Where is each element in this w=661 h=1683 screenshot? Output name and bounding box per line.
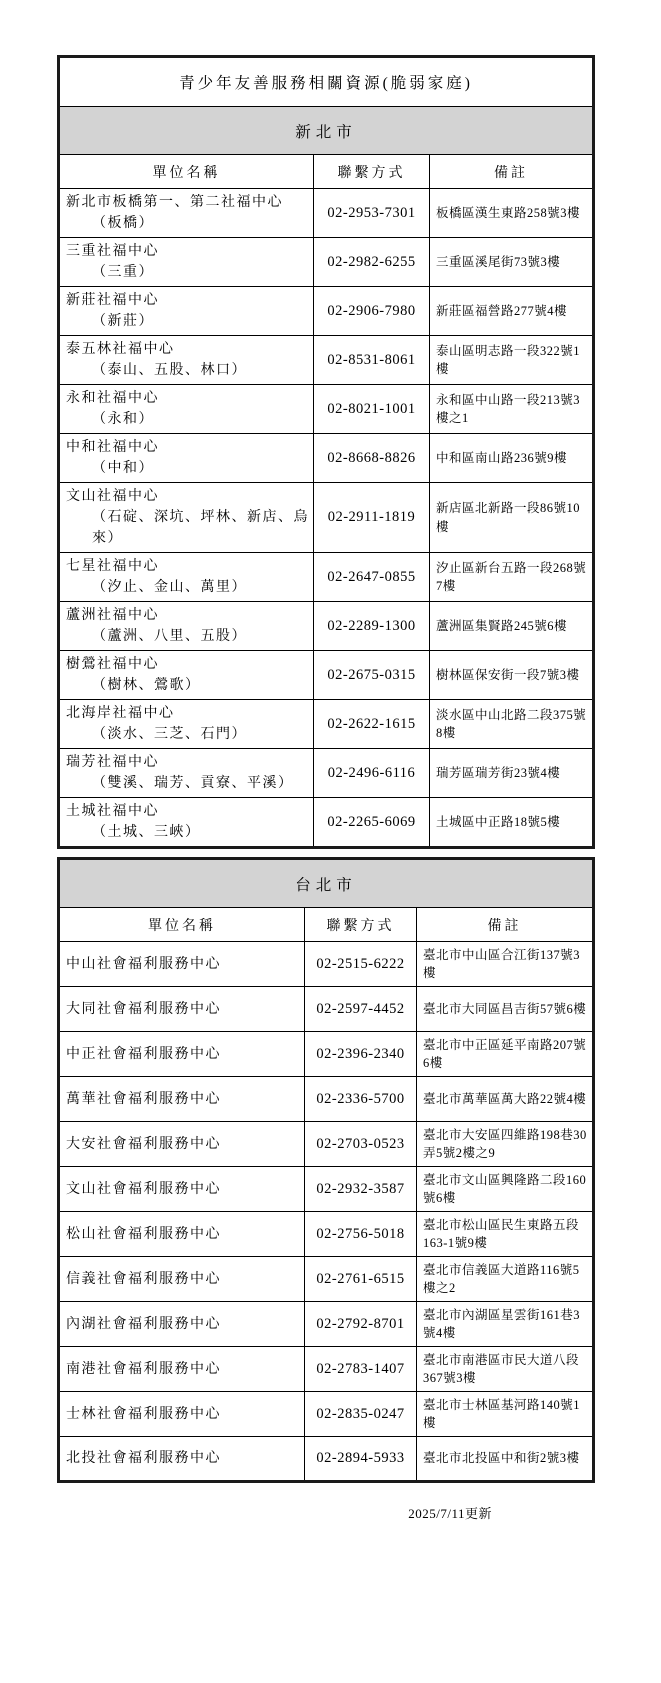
phone-number: 02-2906-7980 (314, 287, 430, 336)
phone-number: 02-2396-2340 (305, 1032, 417, 1077)
unit-branch-areas: （土城、三峽） (66, 822, 309, 843)
unit-branch-areas: （雙溪、瑞芳、貢寮、平溪） (66, 773, 309, 794)
address-note: 臺北市文山區興隆路二段160號6樓 (417, 1167, 594, 1212)
table-row: 大同社會福利服務中心02-2597-4452臺北市大同區昌吉街57號6樓 (59, 987, 594, 1032)
column-header: 聯繫方式 (305, 908, 417, 942)
address-note: 永和區中山路一段213號3樓之1 (430, 385, 594, 434)
unit-name: 中和社福中心 (66, 437, 309, 458)
unit-name-cell: 新北市板橋第一、第二社福中心（板橋） (59, 189, 314, 238)
unit-name: 士林社會福利服務中心 (66, 1404, 300, 1425)
document-page: 青少年友善服務相關資源(脆弱家庭)新北市單位名稱聯繫方式備註新北市板橋第一、第二… (0, 0, 661, 1522)
section-header: 新北市 (59, 107, 594, 155)
unit-name-cell: 文山社福中心（石碇、深坑、坪林、新店、烏來） (59, 483, 314, 553)
unit-branch-areas: （汐止、金山、萬里） (66, 577, 309, 598)
address-note: 瑞芳區瑞芳街23號4樓 (430, 749, 594, 798)
address-note: 臺北市內湖區星雲街161巷3號4樓 (417, 1302, 594, 1347)
unit-name: 松山社會福利服務中心 (66, 1224, 300, 1245)
unit-name-cell: 樹鶯社福中心（樹林、鶯歌） (59, 651, 314, 700)
unit-name: 樹鶯社福中心 (66, 654, 309, 675)
table-row: 七星社福中心（汐止、金山、萬里）02-2647-0855汐止區新台五路一段268… (59, 553, 594, 602)
phone-number: 02-2496-6116 (314, 749, 430, 798)
table-row: 瑞芳社福中心（雙溪、瑞芳、貢寮、平溪）02-2496-6116瑞芳區瑞芳街23號… (59, 749, 594, 798)
phone-number: 02-2783-1407 (305, 1347, 417, 1392)
unit-name: 七星社福中心 (66, 556, 309, 577)
unit-name: 大同社會福利服務中心 (66, 999, 300, 1020)
phone-number: 02-2953-7301 (314, 189, 430, 238)
unit-name-cell: 士林社會福利服務中心 (59, 1392, 305, 1437)
address-note: 臺北市萬華區萬大路22號4樓 (417, 1077, 594, 1122)
phone-number: 02-2894-5933 (305, 1437, 417, 1482)
unit-name-cell: 北投社會福利服務中心 (59, 1437, 305, 1482)
table-row: 北投社會福利服務中心02-2894-5933臺北市北投區中和街2號3樓 (59, 1437, 594, 1482)
section-header: 台北市 (59, 859, 594, 908)
address-note: 汐止區新台五路一段268號7樓 (430, 553, 594, 602)
phone-number: 02-8021-1001 (314, 385, 430, 434)
unit-branch-areas: （新莊） (66, 311, 309, 332)
column-header: 聯繫方式 (314, 155, 430, 189)
column-header: 備註 (417, 908, 594, 942)
table-row: 中和社福中心（中和）02-8668-8826中和區南山路236號9樓 (59, 434, 594, 483)
address-note: 樹林區保安街一段7號3樓 (430, 651, 594, 700)
unit-branch-areas: （永和） (66, 409, 309, 430)
unit-name: 泰五林社福中心 (66, 339, 309, 360)
phone-number: 02-2265-6069 (314, 798, 430, 848)
unit-name: 瑞芳社福中心 (66, 752, 309, 773)
address-note: 三重區溪尾街73號3樓 (430, 238, 594, 287)
address-note: 中和區南山路236號9樓 (430, 434, 594, 483)
unit-name: 信義社會福利服務中心 (66, 1269, 300, 1290)
unit-name-cell: 新莊社福中心（新莊） (59, 287, 314, 336)
tables-host: 青少年友善服務相關資源(脆弱家庭)新北市單位名稱聯繫方式備註新北市板橋第一、第二… (57, 55, 661, 1483)
table-row: 內湖社會福利服務中心02-2792-8701臺北市內湖區星雲街161巷3號4樓 (59, 1302, 594, 1347)
table-row: 士林社會福利服務中心02-2835-0247臺北市士林區基河路140號1樓 (59, 1392, 594, 1437)
unit-branch-areas: （中和） (66, 458, 309, 479)
phone-number: 02-8668-8826 (314, 434, 430, 483)
column-header-row: 單位名稱聯繫方式備註 (59, 908, 594, 942)
table-row: 松山社會福利服務中心02-2756-5018臺北市松山區民生東路五段163-1號… (59, 1212, 594, 1257)
phone-number: 02-2703-0523 (305, 1122, 417, 1167)
unit-name: 三重社福中心 (66, 241, 309, 262)
unit-branch-areas: （泰山、五股、林口） (66, 360, 309, 381)
address-note: 臺北市松山區民生東路五段163-1號9樓 (417, 1212, 594, 1257)
unit-name: 萬華社會福利服務中心 (66, 1089, 300, 1110)
unit-name: 文山社會福利服務中心 (66, 1179, 300, 1200)
unit-name-cell: 內湖社會福利服務中心 (59, 1302, 305, 1347)
address-note: 土城區中正路18號5樓 (430, 798, 594, 848)
address-note: 臺北市南港區市民大道八段367號3樓 (417, 1347, 594, 1392)
unit-branch-areas: （樹林、鶯歌） (66, 675, 309, 696)
unit-name: 南港社會福利服務中心 (66, 1359, 300, 1380)
unit-branch-areas: （淡水、三芝、石門） (66, 724, 309, 745)
unit-name: 中山社會福利服務中心 (66, 954, 300, 975)
address-note: 泰山區明志路一段322號1樓 (430, 336, 594, 385)
unit-name: 內湖社會福利服務中心 (66, 1314, 300, 1335)
table-row: 北海岸社福中心（淡水、三芝、石門）02-2622-1615淡水區中山北路二段37… (59, 700, 594, 749)
unit-name: 新北市板橋第一、第二社福中心 (66, 192, 309, 213)
unit-name-cell: 土城社福中心（土城、三峽） (59, 798, 314, 848)
address-note: 新莊區福營路277號4樓 (430, 287, 594, 336)
unit-branch-areas: （板橋） (66, 213, 309, 234)
phone-number: 02-2336-5700 (305, 1077, 417, 1122)
unit-name-cell: 南港社會福利服務中心 (59, 1347, 305, 1392)
last-updated-note: 2025/7/11更新 (57, 1503, 592, 1522)
table-row: 中山社會福利服務中心02-2515-6222臺北市中山區合江街137號3樓 (59, 942, 594, 987)
table-row: 文山社福中心（石碇、深坑、坪林、新店、烏來）02-2911-1819新店區北新路… (59, 483, 594, 553)
address-note: 臺北市信義區大道路116號5樓之2 (417, 1257, 594, 1302)
unit-name: 永和社福中心 (66, 388, 309, 409)
table-row: 永和社福中心（永和）02-8021-1001永和區中山路一段213號3樓之1 (59, 385, 594, 434)
phone-number: 02-2622-1615 (314, 700, 430, 749)
address-note: 臺北市中正區延平南路207號6樓 (417, 1032, 594, 1077)
table-row: 樹鶯社福中心（樹林、鶯歌）02-2675-0315樹林區保安街一段7號3樓 (59, 651, 594, 700)
unit-branch-areas: （蘆洲、八里、五股） (66, 626, 309, 647)
column-header-row: 單位名稱聯繫方式備註 (59, 155, 594, 189)
table-row: 新莊社福中心（新莊）02-2906-7980新莊區福營路277號4樓 (59, 287, 594, 336)
table-row: 三重社福中心（三重）02-2982-6255三重區溪尾街73號3樓 (59, 238, 594, 287)
unit-name-cell: 萬華社會福利服務中心 (59, 1077, 305, 1122)
address-note: 板橋區漢生東路258號3樓 (430, 189, 594, 238)
unit-name: 蘆洲社福中心 (66, 605, 309, 626)
resource-table: 台北市單位名稱聯繫方式備註中山社會福利服務中心02-2515-6222臺北市中山… (57, 857, 595, 1483)
phone-number: 02-2932-3587 (305, 1167, 417, 1212)
unit-name: 新莊社福中心 (66, 290, 309, 311)
unit-name-cell: 中正社會福利服務中心 (59, 1032, 305, 1077)
column-header: 單位名稱 (59, 155, 314, 189)
address-note: 蘆洲區集賢路245號6樓 (430, 602, 594, 651)
phone-number: 02-2756-5018 (305, 1212, 417, 1257)
phone-number: 02-2647-0855 (314, 553, 430, 602)
table-row: 大安社會福利服務中心02-2703-0523臺北市大安區四維路198巷30弄5號… (59, 1122, 594, 1167)
unit-name-cell: 中和社福中心（中和） (59, 434, 314, 483)
phone-number: 02-2289-1300 (314, 602, 430, 651)
unit-branch-areas: （石碇、深坑、坪林、新店、烏來） (66, 507, 309, 549)
table-row: 文山社會福利服務中心02-2932-3587臺北市文山區興隆路二段160號6樓 (59, 1167, 594, 1212)
phone-number: 02-2515-6222 (305, 942, 417, 987)
unit-name: 文山社福中心 (66, 486, 309, 507)
phone-number: 02-2835-0247 (305, 1392, 417, 1437)
unit-branch-areas: （三重） (66, 262, 309, 283)
unit-name: 土城社福中心 (66, 801, 309, 822)
unit-name-cell: 瑞芳社福中心（雙溪、瑞芳、貢寮、平溪） (59, 749, 314, 798)
table-row: 新北市板橋第一、第二社福中心（板橋）02-2953-7301板橋區漢生東路258… (59, 189, 594, 238)
unit-name-cell: 蘆洲社福中心（蘆洲、八里、五股） (59, 602, 314, 651)
address-note: 臺北市大安區四維路198巷30弄5號2樓之9 (417, 1122, 594, 1167)
address-note: 臺北市士林區基河路140號1樓 (417, 1392, 594, 1437)
unit-name-cell: 大同社會福利服務中心 (59, 987, 305, 1032)
resource-table: 青少年友善服務相關資源(脆弱家庭)新北市單位名稱聯繫方式備註新北市板橋第一、第二… (57, 55, 595, 849)
table-row: 信義社會福利服務中心02-2761-6515臺北市信義區大道路116號5樓之2 (59, 1257, 594, 1302)
table-row: 土城社福中心（土城、三峽）02-2265-6069土城區中正路18號5樓 (59, 798, 594, 848)
column-header: 備註 (430, 155, 594, 189)
unit-name-cell: 中山社會福利服務中心 (59, 942, 305, 987)
column-header: 單位名稱 (59, 908, 305, 942)
unit-name-cell: 永和社福中心（永和） (59, 385, 314, 434)
phone-number: 02-2982-6255 (314, 238, 430, 287)
phone-number: 02-2911-1819 (314, 483, 430, 553)
unit-name-cell: 松山社會福利服務中心 (59, 1212, 305, 1257)
unit-name-cell: 三重社福中心（三重） (59, 238, 314, 287)
table-row: 南港社會福利服務中心02-2783-1407臺北市南港區市民大道八段367號3樓 (59, 1347, 594, 1392)
table-row: 蘆洲社福中心（蘆洲、八里、五股）02-2289-1300蘆洲區集賢路245號6樓 (59, 602, 594, 651)
table-row: 泰五林社福中心（泰山、五股、林口）02-8531-8061泰山區明志路一段322… (59, 336, 594, 385)
phone-number: 02-2675-0315 (314, 651, 430, 700)
unit-name-cell: 七星社福中心（汐止、金山、萬里） (59, 553, 314, 602)
phone-number: 02-2761-6515 (305, 1257, 417, 1302)
address-note: 臺北市北投區中和街2號3樓 (417, 1437, 594, 1482)
phone-number: 02-2792-8701 (305, 1302, 417, 1347)
phone-number: 02-2597-4452 (305, 987, 417, 1032)
unit-name-cell: 文山社會福利服務中心 (59, 1167, 305, 1212)
unit-name: 大安社會福利服務中心 (66, 1134, 300, 1155)
document-title: 青少年友善服務相關資源(脆弱家庭) (59, 57, 594, 107)
phone-number: 02-8531-8061 (314, 336, 430, 385)
address-note: 臺北市大同區昌吉街57號6樓 (417, 987, 594, 1032)
unit-name: 北海岸社福中心 (66, 703, 309, 724)
unit-name-cell: 大安社會福利服務中心 (59, 1122, 305, 1167)
unit-name-cell: 信義社會福利服務中心 (59, 1257, 305, 1302)
unit-name-cell: 泰五林社福中心（泰山、五股、林口） (59, 336, 314, 385)
unit-name-cell: 北海岸社福中心（淡水、三芝、石門） (59, 700, 314, 749)
address-note: 新店區北新路一段86號10樓 (430, 483, 594, 553)
address-note: 臺北市中山區合江街137號3樓 (417, 942, 594, 987)
unit-name: 中正社會福利服務中心 (66, 1044, 300, 1065)
unit-name: 北投社會福利服務中心 (66, 1448, 300, 1469)
table-row: 萬華社會福利服務中心02-2336-5700臺北市萬華區萬大路22號4樓 (59, 1077, 594, 1122)
table-row: 中正社會福利服務中心02-2396-2340臺北市中正區延平南路207號6樓 (59, 1032, 594, 1077)
address-note: 淡水區中山北路二段375號8樓 (430, 700, 594, 749)
